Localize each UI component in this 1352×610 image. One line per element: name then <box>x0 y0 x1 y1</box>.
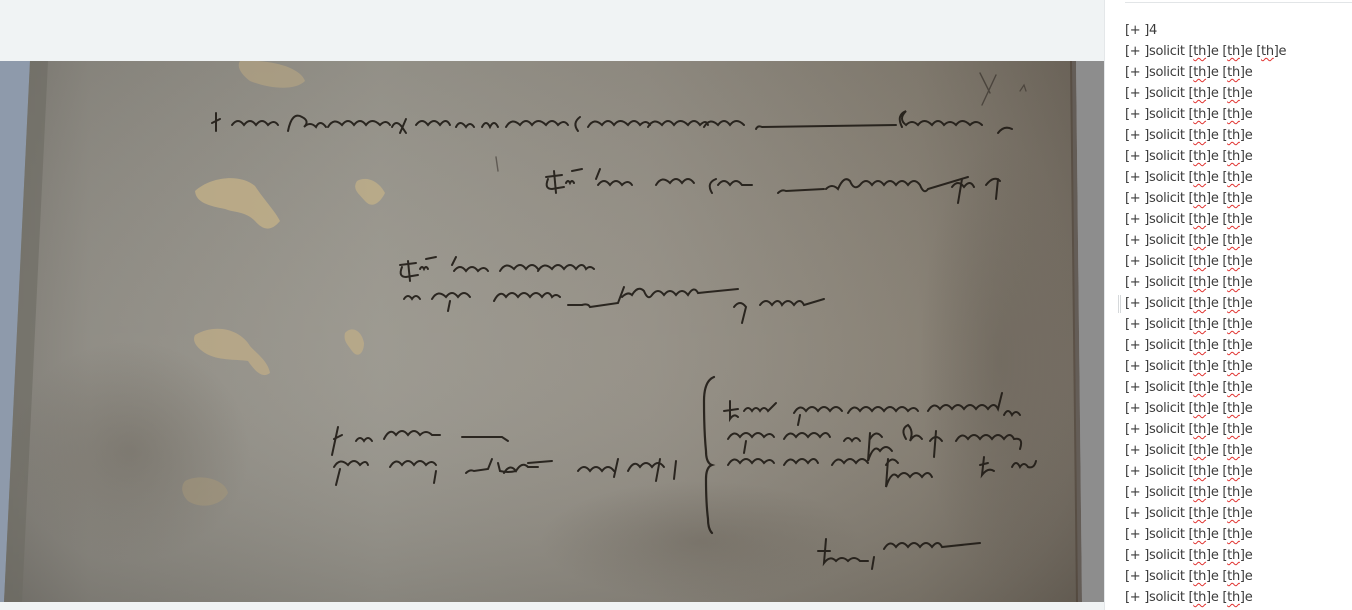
abbreviation-expansion: th <box>1193 401 1206 416</box>
expand-marker[interactable]: [+ ] <box>1125 527 1149 542</box>
panel-divider <box>1125 2 1352 3</box>
abbreviation-expansion: th <box>1193 212 1206 227</box>
manuscript-scan-graphic <box>0 61 1104 602</box>
abbreviation-expansion: th <box>1227 485 1240 500</box>
line-suffix: e <box>1211 254 1219 269</box>
line-text: 4 <box>1149 23 1157 38</box>
expand-marker[interactable]: [+ ] <box>1125 569 1149 584</box>
abbreviation-expansion: th <box>1193 254 1206 269</box>
abbreviation-expansion: th <box>1193 380 1206 395</box>
abbreviation-expansion: th <box>1193 527 1206 542</box>
line-suffix: e <box>1245 590 1253 605</box>
abbreviation-expansion: th <box>1193 506 1206 521</box>
expand-marker[interactable]: [+ ] <box>1125 590 1149 605</box>
transcription-line[interactable]: [+ ]solicit [th]e [th]e <box>1125 251 1352 272</box>
line-suffix: e <box>1245 233 1253 248</box>
resize-handle[interactable] <box>1118 295 1121 313</box>
expand-marker[interactable]: [+ ] <box>1125 422 1149 437</box>
line-text: solicit <box>1149 590 1189 605</box>
expand-marker[interactable]: [+ ] <box>1125 401 1149 416</box>
transcription-line[interactable]: [+ ]solicit [th]e [th]e <box>1125 335 1352 356</box>
line-suffix: e <box>1245 443 1253 458</box>
line-suffix: e <box>1245 254 1253 269</box>
line-suffix: e <box>1211 506 1219 521</box>
abbreviation-expansion: th <box>1227 380 1240 395</box>
line-text: solicit <box>1149 296 1189 311</box>
abbreviation-expansion: th <box>1227 212 1240 227</box>
expand-marker[interactable]: [+ ] <box>1125 317 1149 332</box>
line-text: solicit <box>1149 548 1189 563</box>
transcription-line[interactable]: [+ ]solicit [th]e [th]e <box>1125 125 1352 146</box>
transcription-line[interactable]: [+ ]solicit [th]e [th]e <box>1125 356 1352 377</box>
transcription-line[interactable]: [+ ]solicit [th]e [th]e <box>1125 566 1352 587</box>
abbreviation-expansion: th <box>1227 233 1240 248</box>
transcription-line[interactable]: [+ ]solicit [th]e [th]e <box>1125 524 1352 545</box>
expand-marker[interactable]: [+ ] <box>1125 506 1149 521</box>
line-suffix: e <box>1211 401 1219 416</box>
expand-marker[interactable]: [+ ] <box>1125 296 1149 311</box>
abbreviation-expansion: th <box>1227 86 1240 101</box>
line-suffix: e <box>1245 380 1253 395</box>
expand-marker[interactable]: [+ ] <box>1125 380 1149 395</box>
line-suffix: e <box>1245 107 1253 122</box>
expand-marker[interactable]: [+ ] <box>1125 65 1149 80</box>
transcription-line[interactable]: [+ ]solicit [th]e [th]e <box>1125 167 1352 188</box>
line-suffix: e <box>1211 359 1219 374</box>
transcription-line[interactable]: [+ ]solicit [th]e [th]e <box>1125 83 1352 104</box>
line-suffix: e <box>1211 590 1219 605</box>
abbreviation-expansion: th <box>1193 65 1206 80</box>
transcription-line[interactable]: [+ ]solicit [th]e [th]e <box>1125 62 1352 83</box>
expand-marker[interactable]: [+ ] <box>1125 338 1149 353</box>
image-viewer <box>0 0 1104 610</box>
line-text: solicit <box>1149 422 1189 437</box>
abbreviation-expansion: th <box>1227 506 1240 521</box>
line-text: solicit <box>1149 170 1189 185</box>
abbreviation-expansion: th <box>1193 44 1206 59</box>
abbreviation-expansion: th <box>1227 464 1240 479</box>
abbreviation-expansion: th <box>1193 569 1206 584</box>
abbreviation-expansion: th <box>1193 191 1206 206</box>
line-suffix: e <box>1211 275 1219 290</box>
line-suffix: e <box>1245 317 1253 332</box>
expand-marker[interactable]: [+ ] <box>1125 485 1149 500</box>
transcription-line[interactable]: [+ ]solicit [th]e [th]e <box>1125 293 1352 314</box>
line-suffix: e <box>1211 485 1219 500</box>
line-text: solicit <box>1149 338 1189 353</box>
abbreviation-expansion: th <box>1227 317 1240 332</box>
transcription-line[interactable]: [+ ]solicit [th]e [th]e <box>1125 272 1352 293</box>
line-suffix: e <box>1211 128 1219 143</box>
line-text: solicit <box>1149 359 1189 374</box>
line-text: solicit <box>1149 233 1189 248</box>
expand-marker[interactable]: [+ ] <box>1125 44 1149 59</box>
line-text: solicit <box>1149 44 1189 59</box>
abbreviation-expansion: th <box>1227 296 1240 311</box>
abbreviation-expansion: th <box>1227 149 1240 164</box>
line-suffix: e <box>1211 212 1219 227</box>
expand-marker[interactable]: [+ ] <box>1125 443 1149 458</box>
line-suffix: e <box>1211 338 1219 353</box>
abbreviation-expansion: th <box>1227 569 1240 584</box>
line-suffix: e <box>1211 443 1219 458</box>
line-suffix: e <box>1211 44 1219 59</box>
line-suffix: e <box>1245 65 1253 80</box>
transcription-line[interactable]: [+ ]solicit [th]e [th]e <box>1125 104 1352 125</box>
line-suffix: e <box>1211 548 1219 563</box>
transcription-panel[interactable]: [+ ]4 [+ ]solicit [th]e [th]e [th]e [+ ]… <box>1104 0 1352 610</box>
expand-marker[interactable]: [+ ] <box>1125 359 1149 374</box>
transcription-line[interactable]: [+ ]solicit [th]e [th]e <box>1125 419 1352 440</box>
line-suffix: e <box>1245 548 1253 563</box>
line-suffix: e <box>1245 338 1253 353</box>
abbreviation-expansion: th <box>1227 107 1240 122</box>
abbreviation-expansion: th <box>1193 464 1206 479</box>
line-suffix: e <box>1279 44 1287 59</box>
transcription-line[interactable]: [+ ]solicit [th]e [th]e <box>1125 587 1352 608</box>
abbreviation-expansion: th <box>1193 233 1206 248</box>
transcription-line[interactable]: [+ ]solicit [th]e [th]e <box>1125 209 1352 230</box>
abbreviation-expansion: th <box>1227 527 1240 542</box>
line-suffix: e <box>1211 191 1219 206</box>
expand-marker[interactable]: [+ ] <box>1125 191 1149 206</box>
abbreviation-expansion: th <box>1193 296 1206 311</box>
line-suffix: e <box>1245 170 1253 185</box>
transcription-line[interactable]: [+ ]4 <box>1125 20 1352 41</box>
line-text: solicit <box>1149 506 1189 521</box>
line-suffix: e <box>1245 212 1253 227</box>
line-text: solicit <box>1149 443 1189 458</box>
transcription-line[interactable]: [+ ]solicit [th]e [th]e <box>1125 503 1352 524</box>
line-suffix: e <box>1245 86 1253 101</box>
line-suffix: e <box>1211 317 1219 332</box>
line-suffix: e <box>1245 275 1253 290</box>
abbreviation-expansion: th <box>1193 338 1206 353</box>
line-suffix: e <box>1245 191 1253 206</box>
line-text: solicit <box>1149 107 1189 122</box>
abbreviation-expansion: th <box>1193 86 1206 101</box>
abbreviation-expansion: th <box>1193 149 1206 164</box>
abbreviation-expansion: th <box>1227 128 1240 143</box>
abbreviation-expansion: th <box>1193 317 1206 332</box>
line-suffix: e <box>1211 233 1219 248</box>
line-suffix: e <box>1211 569 1219 584</box>
abbreviation-expansion: th <box>1227 44 1240 59</box>
line-text: solicit <box>1149 254 1189 269</box>
line-suffix: e <box>1211 464 1219 479</box>
abbreviation-expansion: th <box>1261 44 1274 59</box>
line-suffix: e <box>1245 422 1253 437</box>
abbreviation-expansion: th <box>1227 170 1240 185</box>
line-suffix: e <box>1211 170 1219 185</box>
line-suffix: e <box>1245 149 1253 164</box>
line-text: solicit <box>1149 212 1189 227</box>
transcription-app: [+ ]4 [+ ]solicit [th]e [th]e [th]e [+ ]… <box>0 0 1352 610</box>
line-suffix: e <box>1211 65 1219 80</box>
line-suffix: e <box>1211 527 1219 542</box>
line-suffix: e <box>1245 485 1253 500</box>
line-text: solicit <box>1149 569 1189 584</box>
transcription-line[interactable]: [+ ]solicit [th]e [th]e <box>1125 230 1352 251</box>
abbreviation-expansion: th <box>1193 170 1206 185</box>
line-suffix: e <box>1211 296 1219 311</box>
expand-marker[interactable]: [+ ] <box>1125 170 1149 185</box>
line-suffix: e <box>1245 506 1253 521</box>
transcription-editor[interactable]: [+ ]4 [+ ]solicit [th]e [th]e [th]e [+ ]… <box>1125 20 1352 608</box>
transcription-line[interactable]: [+ ]solicit [th]e [th]e [th]e <box>1125 41 1352 62</box>
line-suffix: e <box>1245 128 1253 143</box>
abbreviation-expansion: th <box>1193 107 1206 122</box>
abbreviation-expansion: th <box>1227 443 1240 458</box>
abbreviation-expansion: th <box>1193 359 1206 374</box>
viewer-toolbar <box>0 0 1104 61</box>
abbreviation-expansion: th <box>1193 128 1206 143</box>
abbreviation-expansion: th <box>1193 275 1206 290</box>
expand-marker[interactable]: [+ ] <box>1125 548 1149 563</box>
abbreviation-expansion: th <box>1227 422 1240 437</box>
line-text: solicit <box>1149 527 1189 542</box>
expand-marker[interactable]: [+ ] <box>1125 464 1149 479</box>
transcription-line[interactable]: [+ ]solicit [th]e [th]e <box>1125 461 1352 482</box>
line-suffix: e <box>1211 422 1219 437</box>
transcription-line[interactable]: [+ ]solicit [th]e [th]e <box>1125 398 1352 419</box>
line-suffix: e <box>1245 359 1253 374</box>
line-suffix: e <box>1211 107 1219 122</box>
expand-marker[interactable]: [+ ] <box>1125 233 1149 248</box>
line-suffix: e <box>1245 464 1253 479</box>
abbreviation-expansion: th <box>1227 590 1240 605</box>
transcription-line[interactable]: [+ ]solicit [th]e [th]e <box>1125 545 1352 566</box>
expand-marker[interactable]: [+ ] <box>1125 23 1149 38</box>
line-text: solicit <box>1149 401 1189 416</box>
abbreviation-expansion: th <box>1193 443 1206 458</box>
transcription-line[interactable]: [+ ]solicit [th]e [th]e <box>1125 482 1352 503</box>
transcription-line[interactable]: [+ ]solicit [th]e [th]e <box>1125 314 1352 335</box>
line-suffix: e <box>1211 380 1219 395</box>
expand-marker[interactable]: [+ ] <box>1125 275 1149 290</box>
expand-marker[interactable]: [+ ] <box>1125 254 1149 269</box>
expand-marker[interactable]: [+ ] <box>1125 86 1149 101</box>
line-suffix: e <box>1245 296 1253 311</box>
transcription-line[interactable]: [+ ]solicit [th]e [th]e <box>1125 440 1352 461</box>
abbreviation-expansion: th <box>1227 548 1240 563</box>
abbreviation-expansion: th <box>1227 191 1240 206</box>
line-suffix: e <box>1245 527 1253 542</box>
abbreviation-expansion: th <box>1227 338 1240 353</box>
line-suffix: e <box>1211 86 1219 101</box>
transcription-line[interactable]: [+ ]solicit [th]e [th]e <box>1125 188 1352 209</box>
abbreviation-expansion: th <box>1193 422 1206 437</box>
line-text: solicit <box>1149 275 1189 290</box>
expand-marker[interactable]: [+ ] <box>1125 149 1149 164</box>
abbreviation-expansion: th <box>1193 590 1206 605</box>
abbreviation-expansion: th <box>1227 275 1240 290</box>
abbreviation-expansion: th <box>1227 65 1240 80</box>
line-text: solicit <box>1149 464 1189 479</box>
abbreviation-expansion: th <box>1193 548 1206 563</box>
abbreviation-expansion: th <box>1227 401 1240 416</box>
line-text: solicit <box>1149 380 1189 395</box>
transcription-line[interactable]: [+ ]solicit [th]e [th]e <box>1125 146 1352 167</box>
expand-marker[interactable]: [+ ] <box>1125 107 1149 122</box>
expand-marker[interactable]: [+ ] <box>1125 128 1149 143</box>
abbreviation-expansion: th <box>1227 254 1240 269</box>
line-text: solicit <box>1149 65 1189 80</box>
expand-marker[interactable]: [+ ] <box>1125 212 1149 227</box>
manuscript-image[interactable] <box>0 61 1104 602</box>
abbreviation-expansion: th <box>1193 485 1206 500</box>
line-text: solicit <box>1149 149 1189 164</box>
line-text: solicit <box>1149 485 1189 500</box>
abbreviation-expansion: th <box>1227 359 1240 374</box>
line-text: solicit <box>1149 128 1189 143</box>
line-text: solicit <box>1149 86 1189 101</box>
line-suffix: e <box>1211 149 1219 164</box>
line-suffix: e <box>1245 569 1253 584</box>
line-suffix: e <box>1245 401 1253 416</box>
line-text: solicit <box>1149 317 1189 332</box>
line-text: solicit <box>1149 191 1189 206</box>
transcription-line[interactable]: [+ ]solicit [th]e [th]e <box>1125 377 1352 398</box>
